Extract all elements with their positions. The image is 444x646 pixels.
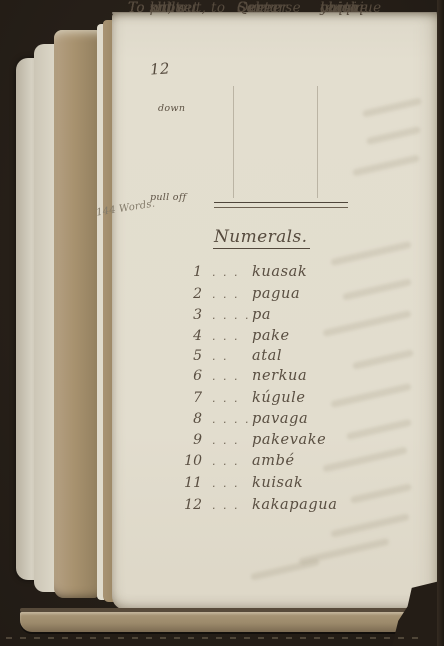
numeral-word: pakevake [252, 432, 326, 448]
spanish-cell: Cerrar [237, 0, 285, 16]
numeral-word: pake [252, 328, 290, 344]
numeral-number: 10 [176, 453, 202, 469]
leader-dots: . . . . [212, 413, 250, 426]
numeral-number: 9 [176, 432, 202, 448]
table-column-line [233, 86, 234, 198]
english-cell: To put out, to [128, 0, 225, 16]
numeral-number: 2 [176, 286, 202, 302]
numeral-row: 10 . . . ambé [0, 453, 444, 473]
leader-dots: . . . [212, 499, 239, 512]
leader-dots: . . . [212, 370, 239, 383]
numeral-row: 3 . . . . pa [0, 307, 444, 327]
english-note: down [158, 103, 185, 114]
numeral-row: 1 . . . kuasak [0, 264, 444, 284]
numeral-row: 4 . . . pake [0, 328, 444, 348]
english-note: pull off [150, 192, 186, 203]
numeral-row: 6 . . . nerkua [0, 368, 444, 388]
leader-dots: . . [212, 350, 229, 363]
native-cell: chica [320, 0, 358, 16]
numeral-word: ambé [252, 453, 295, 469]
numeral-word: nerkua [252, 368, 307, 384]
leader-dots: . . . [212, 392, 239, 405]
leader-dots: . . . . [212, 309, 250, 322]
leader-dots: . . . [212, 477, 239, 490]
numeral-word: pavaga [252, 411, 308, 427]
numeral-word: kúgule [252, 390, 306, 406]
table-column-line [317, 86, 318, 198]
numeral-word: pa [252, 307, 271, 323]
numeral-word: kakapagua [252, 497, 337, 513]
numeral-number: 11 [176, 475, 202, 491]
numeral-word: kuisak [252, 475, 303, 491]
numeral-number: 4 [176, 328, 202, 344]
numerals-heading: Numerals. [213, 227, 310, 249]
background-texture [6, 637, 426, 639]
section-divider-rule [214, 202, 348, 208]
binding-strip [20, 612, 425, 632]
numeral-row: 8 . . . . pavaga [0, 411, 444, 431]
numeral-number: 8 [176, 411, 202, 427]
manuscript-photo: 12 To sit, set Sentarse chique down To k… [0, 0, 444, 646]
page-number: 12 [149, 59, 170, 78]
leader-dots: . . . [212, 266, 239, 279]
numeral-row: 12 . . . kakapagua [0, 497, 444, 517]
numeral-row: 7 . . . kúgule [0, 390, 444, 410]
numeral-number: 6 [176, 368, 202, 384]
leader-dots: . . . [212, 288, 239, 301]
numeral-word: kuasak [252, 264, 307, 280]
numeral-number: 3 [176, 307, 202, 323]
leader-dots: . . . [212, 434, 239, 447]
numeral-number: 5 [176, 348, 202, 364]
leader-dots: . . . [212, 455, 239, 468]
book-right-edge [437, 0, 444, 646]
numeral-row: 11 . . . kuisak [0, 475, 444, 495]
numeral-word: atal [252, 348, 282, 364]
numeral-row: 5 . . atal [0, 348, 444, 368]
numeral-word: pagua [252, 286, 300, 302]
numeral-row: 2 . . . pagua [0, 286, 444, 306]
leader-dots: . . . [212, 330, 239, 343]
numeral-number: 12 [176, 497, 202, 513]
numeral-number: 1 [176, 264, 202, 280]
numeral-row: 9 . . . pakevake [0, 432, 444, 452]
numeral-number: 7 [176, 390, 202, 406]
